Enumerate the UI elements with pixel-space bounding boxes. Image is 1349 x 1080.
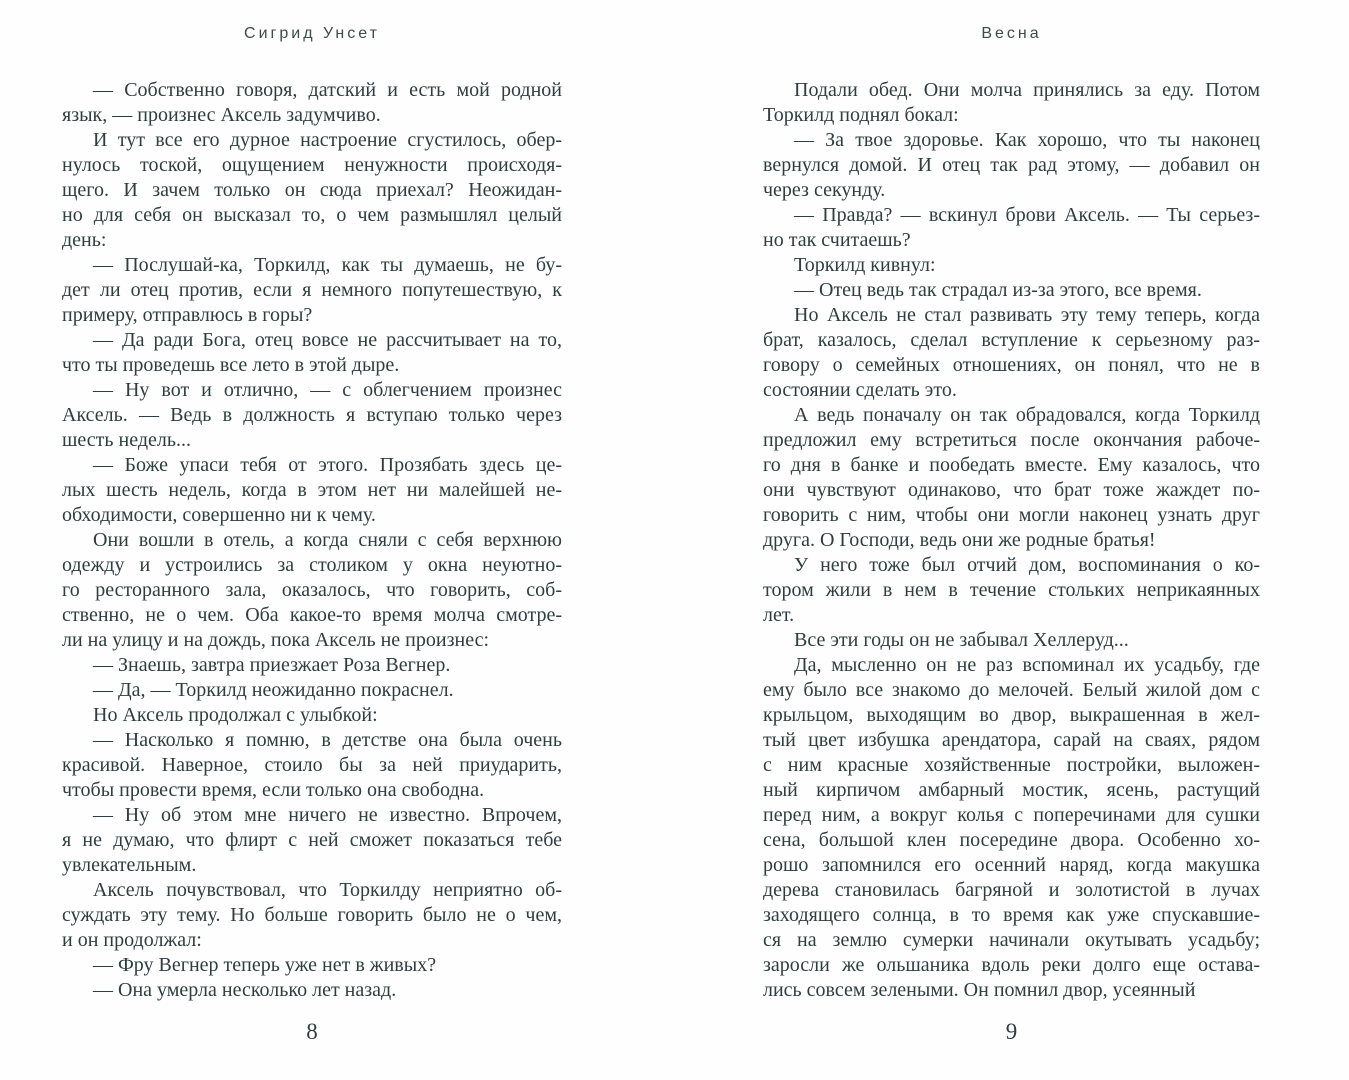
paragraph: — Знаешь, завтра приезжает Роза Вегнер. bbox=[62, 653, 562, 678]
text-line: Торкилд кивнул: bbox=[763, 253, 1260, 278]
text-line: но так считаешь? bbox=[763, 228, 1260, 253]
text-line: заходящего солнца, в то время как уже сп… bbox=[763, 903, 1260, 928]
paragraph: — Ну вот и отлично, — с облегчением прои… bbox=[62, 378, 562, 453]
text-line: го дня в банке и пообедать вместе. Ему к… bbox=[763, 453, 1260, 478]
text-line: тором жили в нем в течение стольких непр… bbox=[763, 578, 1260, 603]
paragraph: — Правда? — вскинул брови Аксель. — Ты с… bbox=[763, 203, 1260, 253]
paragraph: Торкилд кивнул: bbox=[763, 253, 1260, 278]
paragraph: Все эти годы он не забывал Хеллеруд... bbox=[763, 628, 1260, 653]
paragraph: Они вошли в отель, а когда сняли с себя … bbox=[62, 528, 562, 653]
text-line: через секунду. bbox=[763, 178, 1260, 203]
text-line: заросли же ольшаника вдоль реки долго ещ… bbox=[763, 953, 1260, 978]
text-line: язык, — произнес Аксель задумчиво. bbox=[62, 103, 562, 128]
text-line: тый цвет избушка арендатора, сарай на св… bbox=[763, 728, 1260, 753]
text-line: что ты проведешь все лето в этой дыре. bbox=[62, 353, 562, 378]
text-line: крыльцом, выходящим во двор, выкрашенная… bbox=[763, 703, 1260, 728]
paragraph: Да, мысленно он не раз вспоминал их усад… bbox=[763, 653, 1260, 1003]
text-line: щего. И зачем только он сюда приехал? Не… bbox=[62, 178, 562, 203]
paragraph: — Ну об этом мне ничего не известно. Впр… bbox=[62, 803, 562, 878]
text-line: чтобы провести время, если только она св… bbox=[62, 778, 562, 803]
text-line: шесть недель... bbox=[62, 428, 562, 453]
text-line: говору о семейных отношениях, он понял, … bbox=[763, 353, 1260, 378]
text-line: Они вошли в отель, а когда сняли с себя … bbox=[62, 528, 562, 553]
text-line: И тут все его дурное настроение сгустило… bbox=[62, 128, 562, 153]
text-line: — Боже упаси тебя от этого. Прозябать зд… bbox=[62, 453, 562, 478]
paragraph: Но Аксель продолжал с улыбкой: bbox=[62, 703, 562, 728]
text-line: но для себя он высказал то, о чем размыш… bbox=[62, 203, 562, 228]
text-line: Да, мысленно он не раз вспоминал их усад… bbox=[763, 653, 1260, 678]
paragraph: А ведь поначалу он так обрадовался, когд… bbox=[763, 403, 1260, 553]
text-line: го ресторанного зала, оказалось, что гов… bbox=[62, 578, 562, 603]
text-line: — Насколько я помню, в детстве она была … bbox=[62, 728, 562, 753]
text-line: ему было все знакомо до мелочей. Белый ж… bbox=[763, 678, 1260, 703]
right-text-block: Подали обед. Они молча принялись за еду.… bbox=[763, 78, 1260, 1003]
text-line: рошо запомнился его осенний наряд, когда… bbox=[763, 853, 1260, 878]
text-line: дерева становилась багряной и золотистой… bbox=[763, 878, 1260, 903]
text-line: лись совсем зелеными. Он помнил двор, ус… bbox=[763, 978, 1260, 1003]
text-line: Торкилд поднял бокал: bbox=[763, 103, 1260, 128]
text-line: Аксель. — Ведь в должность я вступаю тол… bbox=[62, 403, 562, 428]
book-spread: Сигрид Унсет — Собственно говоря, датски… bbox=[0, 0, 1349, 1080]
text-line: — Да ради Бога, отец вовсе не рассчитыва… bbox=[62, 328, 562, 353]
paragraph: И тут все его дурное настроение сгустило… bbox=[62, 128, 562, 253]
text-line: предложил ему встретиться после окончани… bbox=[763, 428, 1260, 453]
paragraph: Аксель почувствовал, что Торкилду неприя… bbox=[62, 878, 562, 953]
paragraph: — Насколько я помню, в детстве она была … bbox=[62, 728, 562, 803]
text-line: одежду и устроились за столиком у окна н… bbox=[62, 553, 562, 578]
paragraph: Но Аксель не стал развивать эту тему теп… bbox=[763, 303, 1260, 403]
text-line: друга. О Господи, ведь они же родные бра… bbox=[763, 528, 1260, 553]
text-line: вернулся домой. И отец так рад этому, — … bbox=[763, 153, 1260, 178]
text-line: У него тоже был отчий дом, воспоминания … bbox=[763, 553, 1260, 578]
text-line: А ведь поначалу он так обрадовался, когд… bbox=[763, 403, 1260, 428]
text-line: Все эти годы он не забывал Хеллеруд... bbox=[763, 628, 1260, 653]
text-line: увлекательным. bbox=[62, 853, 562, 878]
left-running-header: Сигрид Унсет bbox=[62, 25, 562, 43]
paragraph: — Фру Вегнер теперь уже нет в живых? bbox=[62, 953, 562, 978]
text-line: с ним красные хозяйственные постройки, в… bbox=[763, 753, 1260, 778]
paragraph: — Собственно говоря, датский и есть мой … bbox=[62, 78, 562, 128]
text-line: — Фру Вегнер теперь уже нет в живых? bbox=[62, 953, 562, 978]
text-line: обходимости, совершенно ни к чему. bbox=[62, 503, 562, 528]
text-line: — Да, — Торкилд неожиданно покраснел. bbox=[62, 678, 562, 703]
text-line: сена, большой клен посередине двора. Осо… bbox=[763, 828, 1260, 853]
text-line: дет ли отец против, если я немного попут… bbox=[62, 278, 562, 303]
text-line: примеру, отправлюсь в горы? bbox=[62, 303, 562, 328]
text-line: — Она умерла несколько лет назад. bbox=[62, 978, 562, 1003]
text-line: ный кирпичом амбарный мостик, ясень, рас… bbox=[763, 778, 1260, 803]
paragraph: — За твое здоровье. Как хорошо, что ты н… bbox=[763, 128, 1260, 203]
text-line: нулось тоской, ощущением ненужности прои… bbox=[62, 153, 562, 178]
text-line: суждать эту тему. Но больше говорить был… bbox=[62, 903, 562, 928]
text-line: день: bbox=[62, 228, 562, 253]
text-line: брат, казалось, сделал вступление к серь… bbox=[763, 328, 1260, 353]
paragraph: — Послушай-ка, Торкилд, как ты думаешь, … bbox=[62, 253, 562, 328]
text-line: состоянии сделать это. bbox=[763, 378, 1260, 403]
text-line: — Послушай-ка, Торкилд, как ты думаешь, … bbox=[62, 253, 562, 278]
text-line: — Правда? — вскинул брови Аксель. — Ты с… bbox=[763, 203, 1260, 228]
text-line: — Собственно говоря, датский и есть мой … bbox=[62, 78, 562, 103]
text-line: ли на улицу и на дождь, пока Аксель не п… bbox=[62, 628, 562, 653]
paragraph: — Отец ведь так страдал из-за этого, все… bbox=[763, 278, 1260, 303]
text-line: они чувствуют одинаково, что брат тоже ж… bbox=[763, 478, 1260, 503]
paragraph: — Боже упаси тебя от этого. Прозябать зд… bbox=[62, 453, 562, 528]
text-line: — За твое здоровье. Как хорошо, что ты н… bbox=[763, 128, 1260, 153]
right-running-header: Весна bbox=[763, 25, 1260, 43]
text-line: я не думаю, что флирт с ней сможет показ… bbox=[62, 828, 562, 853]
right-page-number: 9 bbox=[763, 1019, 1260, 1045]
text-line: — Отец ведь так страдал из-за этого, все… bbox=[763, 278, 1260, 303]
text-line: — Ну вот и отлично, — с облегчением прои… bbox=[62, 378, 562, 403]
paragraph: — Она умерла несколько лет назад. bbox=[62, 978, 562, 1003]
text-line: — Знаешь, завтра приезжает Роза Вегнер. bbox=[62, 653, 562, 678]
text-line: лых шесть недель, когда в этом нет ни ма… bbox=[62, 478, 562, 503]
text-line: — Ну об этом мне ничего не известно. Впр… bbox=[62, 803, 562, 828]
text-line: красивой. Наверное, стоило бы за ней при… bbox=[62, 753, 562, 778]
text-line: перед ним, а вокруг колья с поперечинами… bbox=[763, 803, 1260, 828]
text-line: Но Аксель продолжал с улыбкой: bbox=[62, 703, 562, 728]
paragraph: — Да ради Бога, отец вовсе не рассчитыва… bbox=[62, 328, 562, 378]
text-line: ственно, не о чем. Оба какое-то время мо… bbox=[62, 603, 562, 628]
text-line: Аксель почувствовал, что Торкилду неприя… bbox=[62, 878, 562, 903]
text-line: ся на землю сумерки начинали окутывать у… bbox=[763, 928, 1260, 953]
text-line: и он продолжал: bbox=[62, 928, 562, 953]
text-line: говорить с ним, чтобы они могли наконец … bbox=[763, 503, 1260, 528]
paragraph: Подали обед. Они молча принялись за еду.… bbox=[763, 78, 1260, 128]
paragraph: У него тоже был отчий дом, воспоминания … bbox=[763, 553, 1260, 628]
left-text-block: — Собственно говоря, датский и есть мой … bbox=[62, 78, 562, 1003]
text-line: Но Аксель не стал развивать эту тему теп… bbox=[763, 303, 1260, 328]
left-page-number: 8 bbox=[62, 1019, 562, 1045]
text-line: лет. bbox=[763, 603, 1260, 628]
paragraph: — Да, — Торкилд неожиданно покраснел. bbox=[62, 678, 562, 703]
text-line: Подали обед. Они молча принялись за еду.… bbox=[763, 78, 1260, 103]
